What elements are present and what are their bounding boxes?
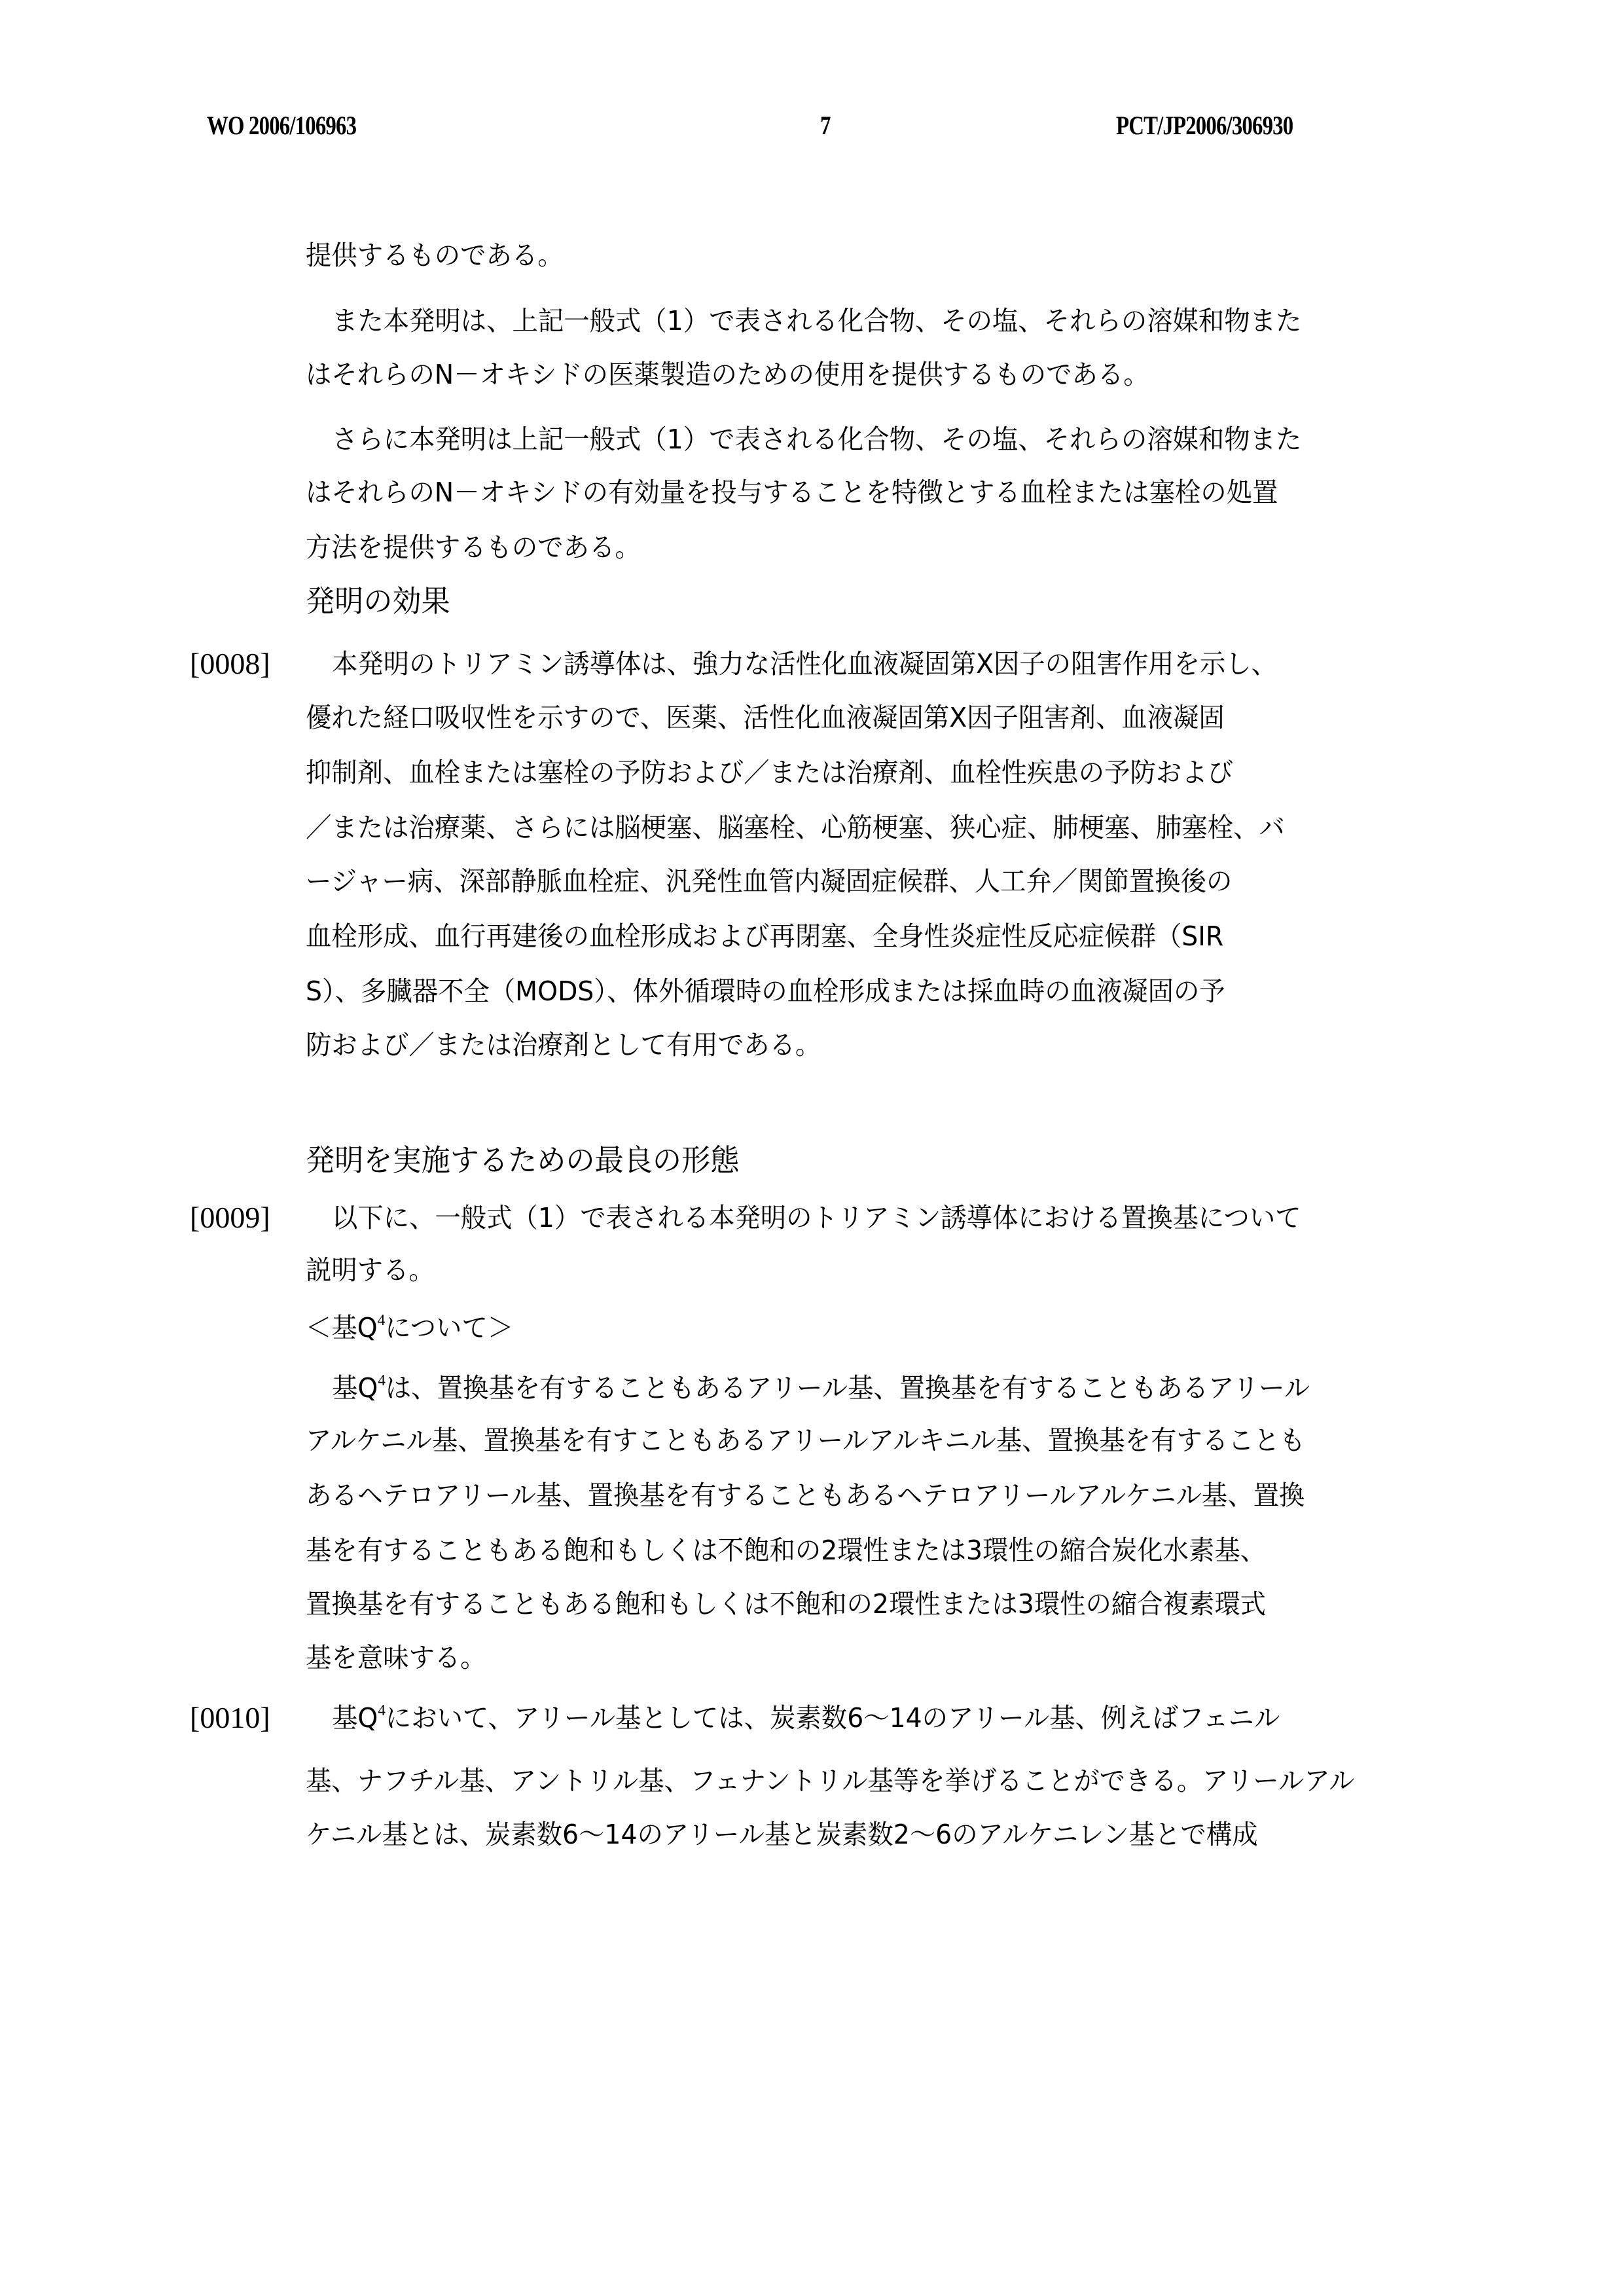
text-run: 基Q [332, 1372, 378, 1404]
text-line: ケニル基とは、炭素数6～14のアリール基と炭素数2～6のアルケニレン基とで構成 [306, 1817, 1258, 1851]
text-line: ／または治療薬、さらには脳梗塞、脳塞栓、心筋梗塞、狭心症、肺梗塞、肺塞栓、バ [306, 811, 1285, 845]
text-run: 説明する。 [306, 1254, 435, 1286]
text-run: 方法を提供するものである。 [306, 532, 641, 563]
text-line: 本発明のトリアミン誘導体は、強力な活性化血液凝固第X因子の阻害作用を示し、 [332, 647, 1277, 681]
section-heading: 発明の効果 [306, 584, 450, 618]
text-run: ージャー病、深部静脈血栓症、汎発性血管内凝固症候群、人工弁／関節置換後の [306, 866, 1232, 897]
text-line: 基を意味する。 [306, 1641, 486, 1675]
text-run: 発明を実施するための最良の形態 [306, 1142, 739, 1178]
text-run: 基Q [332, 1702, 378, 1734]
text-line: アルケニル基、置換基を有すこともあるアリールアルキニル基、置換基を有することも [306, 1423, 1305, 1457]
text-line: ＜基Q4について＞ [306, 1311, 513, 1345]
paragraph-number: [0009] [190, 1201, 270, 1235]
publication-number: WO 2006/106963 [207, 110, 356, 141]
superscript: 4 [378, 1372, 386, 1389]
text-run: ケニル基とは、炭素数6～14のアリール基と炭素数2～6のアルケニレン基とで構成 [306, 1819, 1258, 1850]
text-run: 以下に、一般式（1）で表される本発明のトリアミン誘導体における置換基について [332, 1202, 1301, 1233]
text-run: 抑制剤、血栓または塞栓の予防および／または治療剤、血栓性疾患の予防および [306, 757, 1233, 788]
text-line: 防および／または治療剤として有用である。 [306, 1028, 821, 1062]
superscript: 4 [378, 1702, 386, 1719]
text-line: さらに本発明は上記一般式（1）で表される化合物、その塩、それらの溶媒和物また [332, 422, 1301, 456]
text-run: 基を意味する。 [306, 1642, 486, 1673]
text-line: 提供するものである。 [306, 238, 564, 272]
page-number: 7 [820, 110, 831, 141]
section-heading: 発明を実施するための最良の形態 [306, 1143, 739, 1177]
text-line: あるヘテロアリール基、置換基を有することもあるヘテロアリールアルケニル基、置換 [306, 1478, 1305, 1512]
text-line: 血栓形成、血行再建後の血栓形成および再閉塞、全身性炎症性反応症候群（SIR [306, 919, 1223, 953]
text-line: S）、多臓器不全（MODS）、体外循環時の血栓形成または採血時の血液凝固の予 [306, 974, 1225, 1008]
text-run: 防および／または治療剤として有用である。 [306, 1029, 821, 1061]
text-run: はそれらのN－オキシドの有効量を投与することを特徴とする血栓または塞栓の処置 [306, 477, 1278, 508]
text-line: 説明する。 [306, 1253, 435, 1287]
text-line: 基Q4は、置換基を有することもあるアリール基、置換基を有することもあるアリール [332, 1371, 1310, 1405]
text-run: さらに本発明は上記一般式（1）で表される化合物、その塩、それらの溶媒和物また [332, 424, 1301, 455]
text-line: 方法を提供するものである。 [306, 530, 641, 564]
text-line: 抑制剤、血栓または塞栓の予防および／または治療剤、血栓性疾患の予防および [306, 756, 1233, 790]
paragraph-number: [0008] [190, 647, 270, 681]
superscript: 4 [378, 1312, 386, 1329]
text-line: はそれらのN－オキシドの医薬製造のための使用を提供するものである。 [306, 357, 1149, 392]
text-run: 置換基を有することもある飽和もしくは不飽和の2環性または3環性の縮合複素環式 [306, 1588, 1266, 1620]
application-number: PCT/JP2006/306930 [1116, 110, 1293, 141]
text-run: 本発明のトリアミン誘導体は、強力な活性化血液凝固第X因子の阻害作用を示し、 [332, 648, 1277, 680]
text-line: 置換基を有することもある飽和もしくは不飽和の2環性または3環性の縮合複素環式 [306, 1587, 1266, 1621]
text-run: 発明の効果 [306, 583, 450, 619]
text-run: S）、多臓器不全（MODS）、体外循環時の血栓形成または採血時の血液凝固の予 [306, 975, 1225, 1007]
text-run: 提供するものである。 [306, 240, 564, 271]
text-line: 以下に、一般式（1）で表される本発明のトリアミン誘導体における置換基について [332, 1201, 1301, 1235]
text-line: はそれらのN－オキシドの有効量を投与することを特徴とする血栓または塞栓の処置 [306, 475, 1278, 509]
text-run: 血栓形成、血行再建後の血栓形成および再閉塞、全身性炎症性反応症候群（SIR [306, 920, 1223, 952]
text-run: また本発明は、上記一般式（1）で表される化合物、その塩、それらの溶媒和物また [332, 305, 1301, 337]
text-run: について＞ [385, 1312, 513, 1343]
text-line: 優れた経口吸収性を示すので、医薬、活性化血液凝固第X因子阻害剤、血液凝固 [306, 701, 1225, 735]
text-run: において、アリール基としては、炭素数6～14のアリール基、例えばフェニル [386, 1702, 1280, 1734]
text-run: アルケニル基、置換基を有すこともあるアリールアルキニル基、置換基を有することも [306, 1425, 1305, 1456]
text-run: ／または治療薬、さらには脳梗塞、脳塞栓、心筋梗塞、狭心症、肺梗塞、肺塞栓、バ [306, 812, 1285, 843]
text-run: 基を有することもある飽和もしくは不飽和の2環性または3環性の縮合炭化水素基、 [306, 1535, 1266, 1566]
text-line: 基、ナフチル基、アントリル基、フェナントリル基等を挙げることができる。アリールア… [306, 1764, 1354, 1798]
text-run: はそれらのN－オキシドの医薬製造のための使用を提供するものである。 [306, 359, 1149, 390]
text-run: 基、ナフチル基、アントリル基、フェナントリル基等を挙げることができる。アリールア… [306, 1765, 1354, 1796]
text-run: あるヘテロアリール基、置換基を有することもあるヘテロアリールアルケニル基、置換 [306, 1480, 1305, 1511]
text-line: 基Q4において、アリール基としては、炭素数6～14のアリール基、例えばフェニル [332, 1701, 1280, 1735]
text-run: 優れた経口吸収性を示すので、医薬、活性化血液凝固第X因子阻害剤、血液凝固 [306, 702, 1225, 733]
text-run: は、置換基を有することもあるアリール基、置換基を有することもあるアリール [386, 1372, 1310, 1404]
paragraph-number: [0010] [190, 1701, 270, 1735]
text-run: ＜基Q [306, 1312, 378, 1343]
text-line: 基を有することもある飽和もしくは不飽和の2環性または3環性の縮合炭化水素基、 [306, 1533, 1266, 1567]
text-line: ージャー病、深部静脈血栓症、汎発性血管内凝固症候群、人工弁／関節置換後の [306, 864, 1232, 898]
text-line: また本発明は、上記一般式（1）で表される化合物、その塩、それらの溶媒和物また [332, 304, 1301, 338]
